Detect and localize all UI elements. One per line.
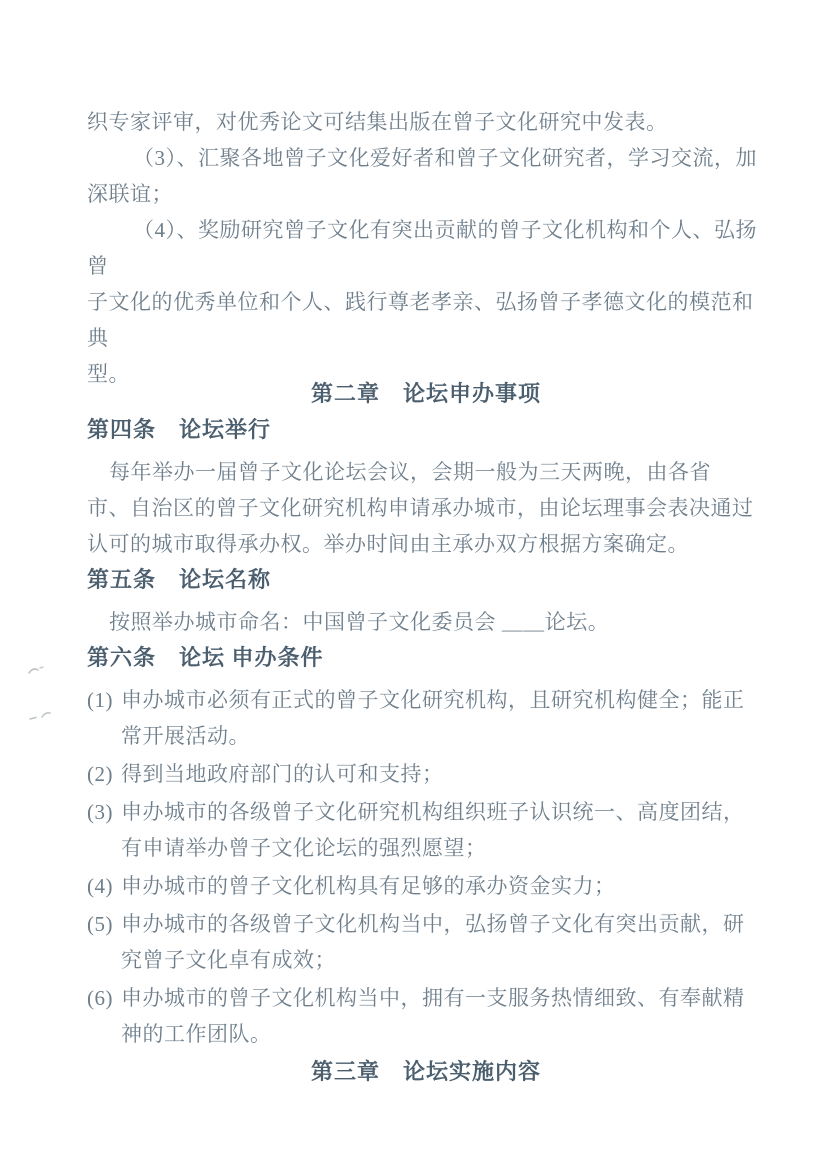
list-item-number: (6) xyxy=(87,986,121,1010)
list-item: (2)得到当地政府部门的认可和支持； xyxy=(87,756,765,792)
chapter-heading: 第三章 论坛实施内容 xyxy=(87,1054,765,1090)
paragraph: 按照举办城市命名：中国曾子文化委员会 ＿＿论坛。 xyxy=(87,604,765,640)
list-item: (3)申办城市的各级曾子文化研究机构组织班子认识统一、高度团结， 有申请举办曾子… xyxy=(87,794,765,866)
list-item-number: (2) xyxy=(87,762,121,786)
list-item-number: (5) xyxy=(87,912,121,936)
paragraph: （4）、奖励研究曾子文化有突出贡献的曾子文化机构和个人、弘扬曾 子文化的优秀单位… xyxy=(87,212,765,392)
list-item-text: 申办城市必须有正式的曾子文化研究机构，且研究机构健全；能正 常开展活动。 xyxy=(121,688,745,748)
paragraph: 每年举办一届曾子文化论坛会议，会期一般为三天两晚，由各省 市、自治区的曾子文化研… xyxy=(87,454,765,562)
article-heading: 第四条 论坛举行 xyxy=(87,412,765,448)
list-item: (6)申办城市的曾子文化机构当中，拥有一支服务热情细致、有奉献精 神的工作团队。 xyxy=(87,980,765,1052)
scanned-document-page: 织专家评审，对优秀论文可结集出版在曾子文化研究中发表。（3）、汇聚各地曾子文化爱… xyxy=(0,0,827,1170)
list-item: (4)申办城市的曾子文化机构具有足够的承办资金实力； xyxy=(87,868,765,904)
list-item-number: (3) xyxy=(87,800,121,824)
list-item-text: 申办城市的曾子文化机构具有足够的承办资金实力； xyxy=(121,874,616,898)
pencil-mark-icon xyxy=(29,709,53,723)
list-item-text: 申办城市的各级曾子文化研究机构组织班子认识统一、高度团结， 有申请举办曾子文化论… xyxy=(121,800,745,860)
list-item-text: 申办城市的曾子文化机构当中，拥有一支服务热情细致、有奉献精 神的工作团队。 xyxy=(121,986,745,1046)
list-item: (5)申办城市的各级曾子文化机构当中，弘扬曾子文化有突出贡献，研 究曾子文化卓有… xyxy=(87,906,765,978)
list-item-text: 得到当地政府部门的认可和支持； xyxy=(121,762,444,786)
list-item-number: (1) xyxy=(87,688,121,712)
paragraph: （3）、汇聚各地曾子文化爱好者和曾子文化研究者，学习交流，加 深联谊； xyxy=(87,140,765,212)
pencil-mark-icon xyxy=(26,662,48,678)
article-heading: 第五条 论坛名称 xyxy=(87,562,765,598)
list-item-text: 申办城市的各级曾子文化机构当中，弘扬曾子文化有突出贡献，研 究曾子文化卓有成效； xyxy=(121,912,745,972)
document-body: 织专家评审，对优秀论文可结集出版在曾子文化研究中发表。（3）、汇聚各地曾子文化爱… xyxy=(87,104,765,1090)
article-heading: 第六条 论坛 申办条件 xyxy=(87,640,765,676)
chapter-heading: 第二章 论坛申办事项 xyxy=(87,376,765,412)
paragraph: 织专家评审，对优秀论文可结集出版在曾子文化研究中发表。 xyxy=(87,104,765,140)
list-item: (1)申办城市必须有正式的曾子文化研究机构，且研究机构健全；能正 常开展活动。 xyxy=(87,682,765,754)
list-item-number: (4) xyxy=(87,874,121,898)
